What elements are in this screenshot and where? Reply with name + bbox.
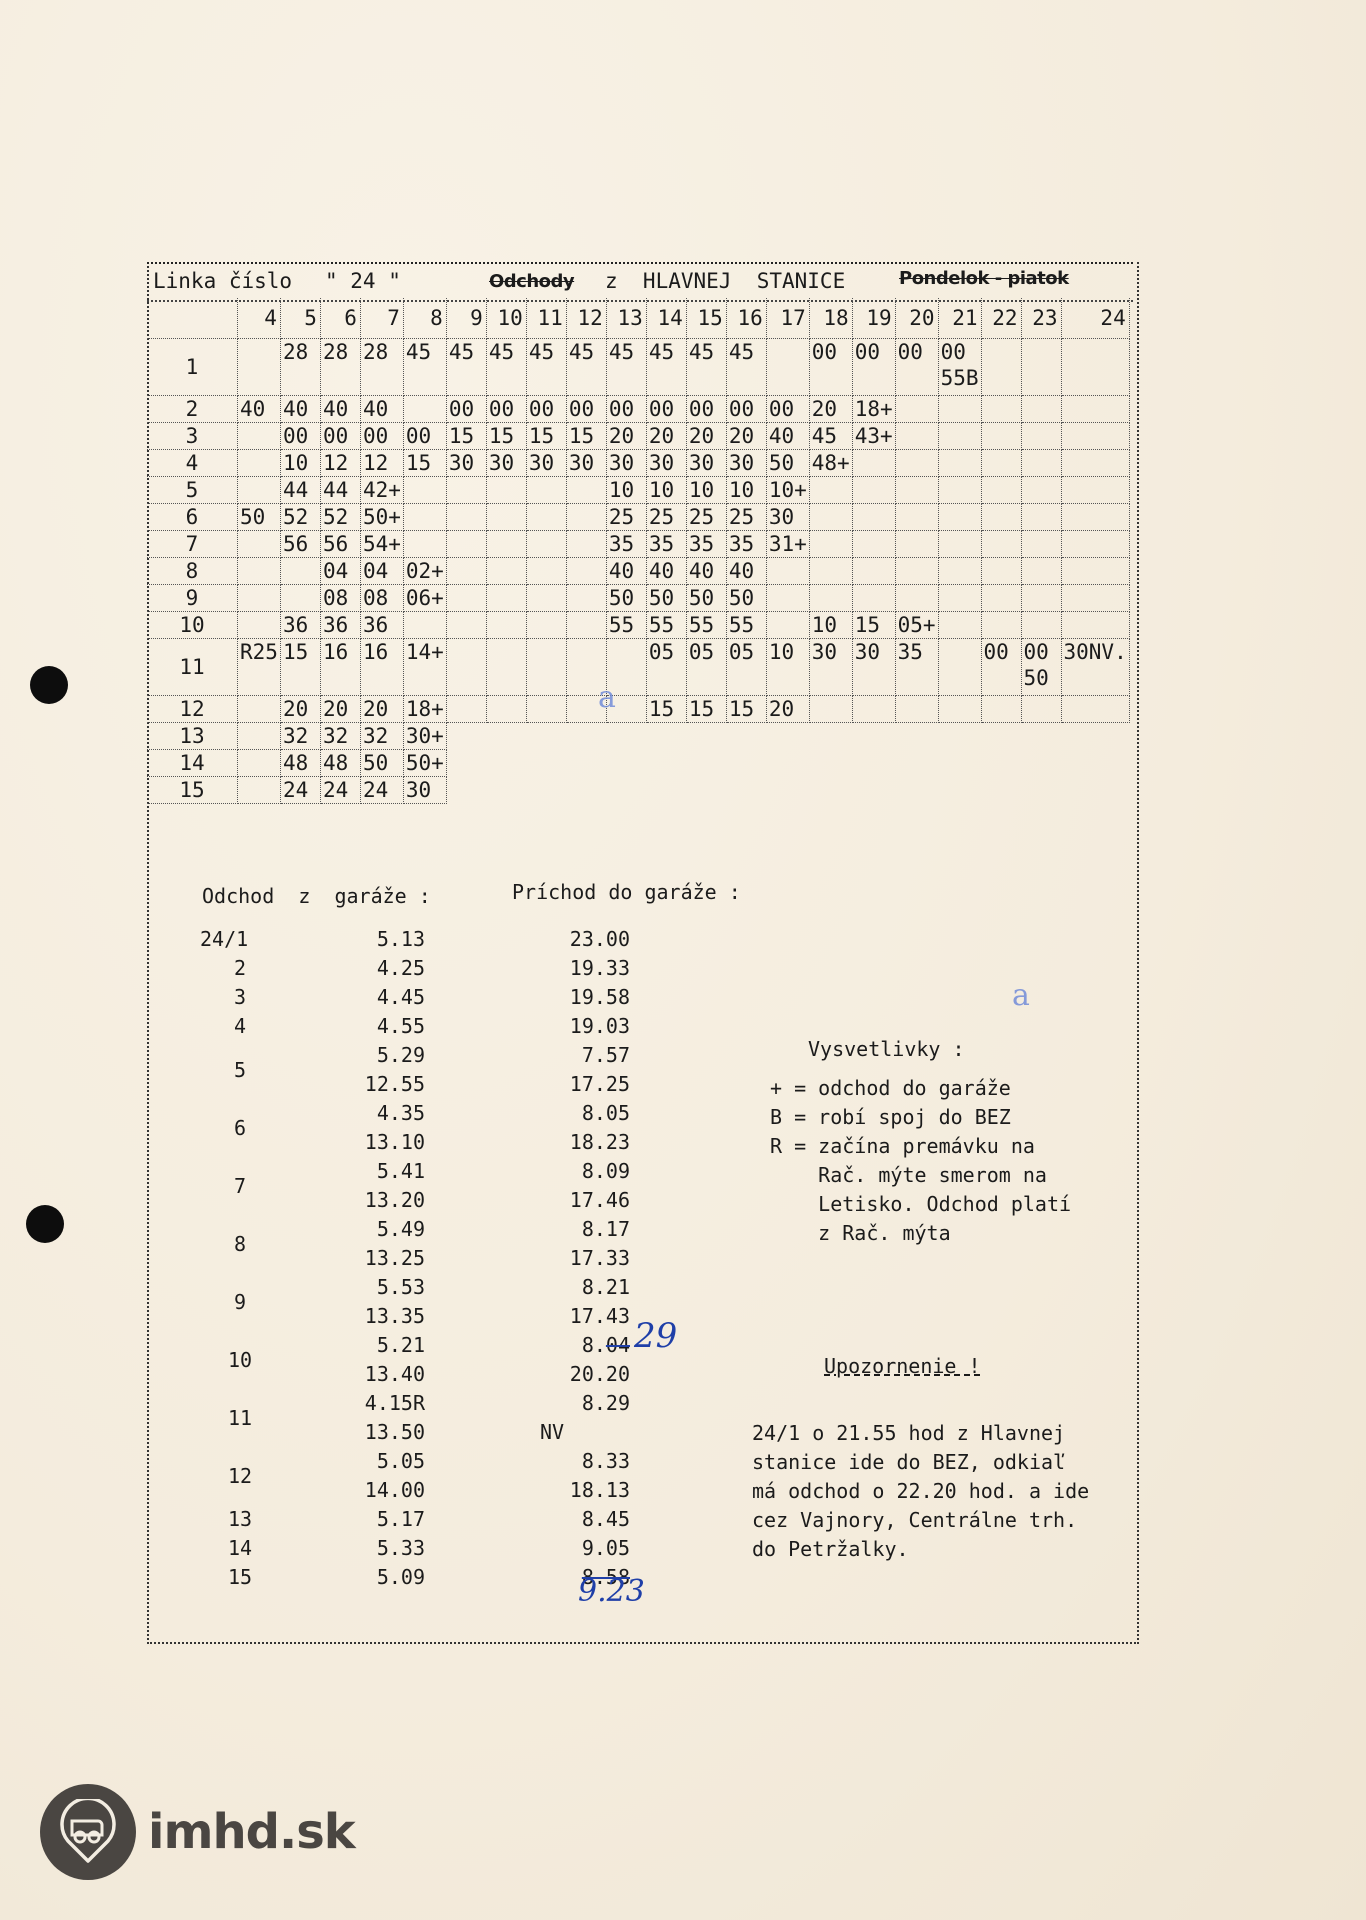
departure-cell: 16 bbox=[320, 639, 360, 696]
departure-time: 13.25 bbox=[315, 1244, 425, 1273]
departure-cell bbox=[446, 477, 486, 504]
departure-cell bbox=[766, 585, 809, 612]
departure-cell: 45 bbox=[606, 339, 646, 396]
departure-cell bbox=[566, 558, 606, 585]
departure-cell bbox=[726, 723, 766, 750]
departure-cell: 48 bbox=[320, 750, 360, 777]
run-number: 4 bbox=[147, 450, 238, 477]
hour-header: 18 bbox=[809, 298, 852, 339]
departure-cell bbox=[895, 504, 938, 531]
departure-cell bbox=[809, 750, 852, 777]
departure-cell: 25 bbox=[606, 504, 646, 531]
departure-cell bbox=[446, 639, 486, 696]
departure-cell: 48+ bbox=[809, 450, 852, 477]
run-number: 2 bbox=[147, 396, 238, 423]
departure-cell bbox=[1061, 531, 1129, 558]
departure-cell bbox=[646, 750, 686, 777]
departure-cell bbox=[766, 750, 809, 777]
departure-cell: 35 bbox=[726, 531, 766, 558]
legend-line: Rač. mýte smerom na bbox=[770, 1161, 1071, 1190]
departure-time: 13.40 bbox=[315, 1360, 425, 1389]
hour-header: 21 bbox=[938, 298, 981, 339]
departure-cell: 00 bbox=[852, 339, 895, 396]
departure-cell: 12 bbox=[360, 450, 403, 477]
departure-cell bbox=[1061, 558, 1129, 585]
departure-cell: 15 bbox=[280, 639, 320, 696]
departure-cell: 06+ bbox=[403, 585, 446, 612]
departure-cell: 24 bbox=[360, 777, 403, 804]
departure-cell: 30 bbox=[486, 450, 526, 477]
departure-cell bbox=[938, 696, 981, 723]
departure-cell: R25 bbox=[238, 639, 281, 696]
departure-cell bbox=[938, 558, 981, 585]
departure-cell: 30 bbox=[766, 504, 809, 531]
hour-header: 16 bbox=[726, 298, 766, 339]
departure-cell bbox=[446, 504, 486, 531]
departure-cell: 30 bbox=[403, 777, 446, 804]
departure-cell bbox=[1061, 612, 1129, 639]
arrival-time: 17.33 bbox=[540, 1244, 630, 1273]
departure-cell: 00 bbox=[646, 396, 686, 423]
departure-cell: 30NV. bbox=[1061, 639, 1129, 696]
departure-cell bbox=[809, 477, 852, 504]
departure-cell bbox=[238, 531, 281, 558]
legend-line: Letisko. Odchod platí bbox=[770, 1190, 1071, 1219]
run-number: 1 bbox=[147, 339, 238, 396]
departure-cell: 40 bbox=[686, 558, 726, 585]
departure-cell: 00 bbox=[606, 396, 646, 423]
hour-header: 12 bbox=[566, 298, 606, 339]
departure-cell bbox=[895, 723, 938, 750]
departure-cell: 00 bbox=[403, 423, 446, 450]
garage-run: 11 bbox=[200, 1389, 280, 1447]
departure-cell: 24 bbox=[280, 777, 320, 804]
notice: Upozornenie ! 24/1 o 21.55 hod z Hlavnej… bbox=[752, 1352, 1089, 1564]
hour-header: 19 bbox=[852, 298, 895, 339]
garage-run: 14 bbox=[200, 1534, 280, 1563]
departure-cell: 10+ bbox=[766, 477, 809, 504]
departure-cell: 25 bbox=[646, 504, 686, 531]
departure-cell: 35 bbox=[686, 531, 726, 558]
departure-cell bbox=[852, 450, 895, 477]
departure-cell bbox=[566, 531, 606, 558]
departure-cell: 15 bbox=[686, 696, 726, 723]
departure-cell: 35 bbox=[606, 531, 646, 558]
departure-cell bbox=[526, 558, 566, 585]
departure-cell: 15 bbox=[566, 423, 606, 450]
garage-run: 6 bbox=[200, 1099, 280, 1157]
departure-cell: 20 bbox=[280, 696, 320, 723]
arrival-time: 17.25 bbox=[540, 1070, 630, 1099]
departure-cell: 42+ bbox=[360, 477, 403, 504]
imhd-logo[interactable]: imhd.sk bbox=[40, 1784, 355, 1880]
garage-run: 15 bbox=[200, 1563, 280, 1592]
departure-cell bbox=[1061, 450, 1129, 477]
departure-cell bbox=[852, 696, 895, 723]
departure-cell: 43+ bbox=[852, 423, 895, 450]
hour-header: 10 bbox=[486, 298, 526, 339]
departure-time: 4.35 bbox=[315, 1099, 425, 1128]
arrival-time: 8.09 bbox=[540, 1157, 630, 1186]
arrival-time: 8.04 bbox=[540, 1331, 630, 1360]
run-number: 13 bbox=[147, 723, 238, 750]
departure-time: 5.41 bbox=[315, 1157, 425, 1186]
departure-cell: 40 bbox=[238, 396, 281, 423]
departure-cell: 40 bbox=[726, 558, 766, 585]
departure-cell bbox=[1061, 585, 1129, 612]
departure-cell bbox=[981, 450, 1021, 477]
departure-cell: 50+ bbox=[403, 750, 446, 777]
departure-cell: 45 bbox=[726, 339, 766, 396]
departure-cell bbox=[895, 531, 938, 558]
departure-cell bbox=[403, 504, 446, 531]
departure-cell bbox=[526, 777, 566, 804]
departure-cell bbox=[238, 477, 281, 504]
departure-time: 5.29 bbox=[315, 1041, 425, 1070]
departure-time: 4.25 bbox=[315, 954, 425, 983]
departure-cell: 28 bbox=[280, 339, 320, 396]
departure-cell bbox=[852, 585, 895, 612]
departure-cell bbox=[852, 477, 895, 504]
hour-header: 4 bbox=[238, 298, 281, 339]
departure-cell: 30 bbox=[852, 639, 895, 696]
departure-cell bbox=[566, 612, 606, 639]
departure-cell bbox=[238, 750, 281, 777]
logo-badge bbox=[40, 1784, 136, 1880]
departure-cell: 30 bbox=[606, 450, 646, 477]
departure-cell: 10 bbox=[686, 477, 726, 504]
departure-cell: 40 bbox=[646, 558, 686, 585]
timetable-row: 1220202018+15151520 bbox=[147, 696, 1129, 723]
departure-cell: 50 bbox=[360, 750, 403, 777]
departure-time: 5.05 bbox=[315, 1447, 425, 1476]
departure-cell: 05 bbox=[646, 639, 686, 696]
departure-cell bbox=[566, 777, 606, 804]
punch-hole-bottom bbox=[26, 1205, 64, 1243]
departure-cell bbox=[895, 558, 938, 585]
departure-cell bbox=[1021, 723, 1061, 750]
departure-cell bbox=[403, 396, 446, 423]
departure-cell: 40 bbox=[280, 396, 320, 423]
departure-cell bbox=[486, 696, 526, 723]
departure-cell: 44 bbox=[320, 477, 360, 504]
departure-cell bbox=[1021, 450, 1061, 477]
notice-line: cez Vajnory, Centrálne trh. bbox=[752, 1506, 1089, 1535]
departure-cell bbox=[486, 477, 526, 504]
departure-cell bbox=[526, 723, 566, 750]
departure-cell: 30 bbox=[809, 639, 852, 696]
departure-cell: 54+ bbox=[360, 531, 403, 558]
departure-cell bbox=[981, 423, 1021, 450]
arrival-time: 8.29 bbox=[540, 1389, 630, 1418]
arrival-time: 19.03 bbox=[540, 1012, 630, 1041]
arrival-time: 8.17 bbox=[540, 1215, 630, 1244]
departure-cell: 00 bbox=[526, 396, 566, 423]
departure-cell bbox=[895, 585, 938, 612]
departure-time: 5.49 bbox=[315, 1215, 425, 1244]
departure-cell bbox=[1061, 723, 1129, 750]
departure-cell bbox=[938, 531, 981, 558]
departure-cell bbox=[1061, 396, 1129, 423]
departure-cell: 10 bbox=[809, 612, 852, 639]
hour-header: 5 bbox=[280, 298, 320, 339]
departure-cell: 05 bbox=[686, 639, 726, 696]
legend-line: R = začína premávku na bbox=[770, 1132, 1071, 1161]
notice-line: 24/1 o 21.55 hod z Hlavnej bbox=[752, 1419, 1089, 1448]
departure-cell bbox=[526, 531, 566, 558]
departure-time: 5.13 bbox=[315, 925, 425, 954]
departure-cell bbox=[852, 504, 895, 531]
departure-cell: 50 bbox=[606, 585, 646, 612]
timetable-row: 650525250+2525252530 bbox=[147, 504, 1129, 531]
departure-cell bbox=[809, 558, 852, 585]
departure-time: 5.17 bbox=[315, 1505, 425, 1534]
departure-cell bbox=[238, 339, 281, 396]
departure-cell: 08 bbox=[320, 585, 360, 612]
departure-cell bbox=[852, 531, 895, 558]
departure-cell bbox=[1021, 696, 1061, 723]
departure-cell: 32 bbox=[360, 723, 403, 750]
departure-cell bbox=[938, 477, 981, 504]
arrival-time: 18.13 bbox=[540, 1476, 630, 1505]
garage-run-column: 24/123456789101112131415 bbox=[200, 925, 280, 1592]
garage-run: 4 bbox=[200, 1012, 280, 1041]
departure-cell bbox=[938, 396, 981, 423]
timetable-row: 1036363655555555101505+ bbox=[147, 612, 1129, 639]
garage-departure-column: 5.134.254.454.555.2912.554.3513.105.4113… bbox=[315, 925, 425, 1592]
departure-cell: 15 bbox=[446, 423, 486, 450]
run-number: 3 bbox=[147, 423, 238, 450]
departure-cell bbox=[766, 612, 809, 639]
timetable-row: 11R2515161614+0505051030303500005030NV. bbox=[147, 639, 1129, 696]
departure-cell bbox=[1021, 477, 1061, 504]
departure-cell: 50+ bbox=[360, 504, 403, 531]
departure-cell: 52 bbox=[280, 504, 320, 531]
departure-cell: 50 bbox=[238, 504, 281, 531]
departure-cell bbox=[403, 477, 446, 504]
run-number: 7 bbox=[147, 531, 238, 558]
departure-cell: 52 bbox=[320, 504, 360, 531]
departure-cell bbox=[852, 723, 895, 750]
departure-cell bbox=[1021, 339, 1061, 396]
departure-cell bbox=[895, 696, 938, 723]
departure-cell bbox=[606, 723, 646, 750]
departure-cell: 20 bbox=[606, 423, 646, 450]
departure-cell: 30+ bbox=[403, 723, 446, 750]
departure-cell bbox=[686, 723, 726, 750]
departure-cell bbox=[526, 504, 566, 531]
departure-cell: 00 bbox=[360, 423, 403, 450]
departure-cell: 00 bbox=[280, 423, 320, 450]
departure-cell bbox=[766, 723, 809, 750]
departure-cell: 45 bbox=[526, 339, 566, 396]
departure-cell: 31+ bbox=[766, 531, 809, 558]
departure-cell bbox=[238, 612, 281, 639]
departure-cell bbox=[1061, 777, 1129, 804]
departure-time: 5.21 bbox=[315, 1331, 425, 1360]
departure-cell: 0050 bbox=[1021, 639, 1061, 696]
departure-time: 5.09 bbox=[315, 1563, 425, 1592]
departure-cell bbox=[938, 777, 981, 804]
legend-line: z Rač. mýta bbox=[770, 1219, 1071, 1248]
departure-cell: 00 bbox=[809, 339, 852, 396]
departure-cell bbox=[238, 585, 281, 612]
departure-cell bbox=[526, 639, 566, 696]
departure-cell bbox=[526, 696, 566, 723]
departure-cell: 20 bbox=[726, 423, 766, 450]
departure-cell: 40 bbox=[766, 423, 809, 450]
departure-cell: 15 bbox=[526, 423, 566, 450]
departure-cell bbox=[1021, 423, 1061, 450]
departure-cell bbox=[981, 750, 1021, 777]
departure-cell: 45 bbox=[403, 339, 446, 396]
departure-cell bbox=[981, 339, 1021, 396]
departure-cell bbox=[566, 477, 606, 504]
departure-cell bbox=[895, 396, 938, 423]
departure-cell: 15 bbox=[646, 696, 686, 723]
departure-cell bbox=[446, 612, 486, 639]
run-number: 14 bbox=[147, 750, 238, 777]
logo-text: imhd.sk bbox=[148, 1804, 355, 1860]
departure-cell: 28 bbox=[320, 339, 360, 396]
departure-cell: 20 bbox=[766, 696, 809, 723]
departure-cell: 04 bbox=[320, 558, 360, 585]
departure-cell bbox=[526, 585, 566, 612]
departure-cell: 35 bbox=[895, 639, 938, 696]
departure-cell bbox=[766, 339, 809, 396]
hour-header: 15 bbox=[686, 298, 726, 339]
arrival-time: 7.57 bbox=[540, 1041, 630, 1070]
departure-cell: 20 bbox=[809, 396, 852, 423]
garage-run: 2 bbox=[200, 954, 280, 983]
legend: Vysvetlivky : + = odchod do garážeB = ro… bbox=[770, 1035, 1071, 1248]
departure-cell: 40 bbox=[606, 558, 646, 585]
departure-cell: 10 bbox=[646, 477, 686, 504]
departure-cell bbox=[486, 723, 526, 750]
run-number: 8 bbox=[147, 558, 238, 585]
departure-cell: 25 bbox=[726, 504, 766, 531]
departure-cell bbox=[1061, 696, 1129, 723]
blue-ink-mark: a bbox=[1012, 978, 1030, 1013]
run-number: 9 bbox=[147, 585, 238, 612]
document-header: Linka číslo " 24 " Odchody z HLAVNEJ STA… bbox=[147, 262, 1133, 302]
departure-cell: 56 bbox=[320, 531, 360, 558]
departure-cell: 32 bbox=[320, 723, 360, 750]
departure-cell: 45 bbox=[566, 339, 606, 396]
departure-cell: 04 bbox=[360, 558, 403, 585]
timetable-row: 1332323230+ bbox=[147, 723, 1129, 750]
departure-time: 4.15R bbox=[315, 1389, 425, 1418]
departure-cell: 30 bbox=[646, 450, 686, 477]
departure-cell bbox=[526, 750, 566, 777]
departure-cell bbox=[981, 696, 1021, 723]
departure-cell bbox=[606, 750, 646, 777]
departure-cell bbox=[1021, 531, 1061, 558]
garage-run: 8 bbox=[200, 1215, 280, 1273]
corner-cell bbox=[147, 298, 238, 339]
departure-time: 13.10 bbox=[315, 1128, 425, 1157]
departure-time: 12.55 bbox=[315, 1070, 425, 1099]
hour-header: 14 bbox=[646, 298, 686, 339]
departure-time: 13.35 bbox=[315, 1302, 425, 1331]
hour-header: 13 bbox=[606, 298, 646, 339]
departure-cell bbox=[1021, 504, 1061, 531]
departure-cell bbox=[981, 585, 1021, 612]
departure-cell bbox=[938, 504, 981, 531]
departure-cell: 45 bbox=[486, 339, 526, 396]
days-label: Pondelok - piatok bbox=[899, 268, 1069, 289]
hour-header: 9 bbox=[446, 298, 486, 339]
departure-cell: 12 bbox=[320, 450, 360, 477]
departure-cell bbox=[895, 450, 938, 477]
departure-cell: 48 bbox=[280, 750, 320, 777]
departure-cell bbox=[566, 750, 606, 777]
departure-cell: 40 bbox=[360, 396, 403, 423]
departure-cell: 10 bbox=[606, 477, 646, 504]
run-number: 5 bbox=[147, 477, 238, 504]
departure-time: 13.20 bbox=[315, 1186, 425, 1215]
departure-cell bbox=[280, 585, 320, 612]
departure-cell: 15 bbox=[403, 450, 446, 477]
timetable-row: 1524242430 bbox=[147, 777, 1129, 804]
timetable-row: 41012121530303030303030305048+ bbox=[147, 450, 1129, 477]
departure-cell: 0055B bbox=[938, 339, 981, 396]
departure-cell bbox=[1021, 612, 1061, 639]
hour-header: 6 bbox=[320, 298, 360, 339]
departure-cell bbox=[766, 558, 809, 585]
departure-cell bbox=[1061, 477, 1129, 504]
departure-time: 4.55 bbox=[315, 1012, 425, 1041]
departure-cell bbox=[686, 750, 726, 777]
departure-time: 5.53 bbox=[315, 1273, 425, 1302]
garage-run: 5 bbox=[200, 1041, 280, 1099]
departure-cell bbox=[809, 504, 852, 531]
garage-run: 3 bbox=[200, 983, 280, 1012]
departure-cell bbox=[486, 558, 526, 585]
departure-cell bbox=[486, 612, 526, 639]
departure-cell bbox=[938, 585, 981, 612]
departure-cell: 18+ bbox=[403, 696, 446, 723]
departure-cell bbox=[981, 396, 1021, 423]
departure-cell: 55 bbox=[726, 612, 766, 639]
line-label: Linka číslo bbox=[153, 269, 292, 293]
run-number: 11 bbox=[147, 639, 238, 696]
blue-ink-mark: a bbox=[598, 680, 616, 715]
run-number: 15 bbox=[147, 777, 238, 804]
run-number: 6 bbox=[147, 504, 238, 531]
legend-line: + = odchod do garáže bbox=[770, 1074, 1071, 1103]
departure-cell bbox=[526, 477, 566, 504]
departure-cell bbox=[446, 723, 486, 750]
departure-cell: 14+ bbox=[403, 639, 446, 696]
departure-cell bbox=[1021, 750, 1061, 777]
departure-cell: 45 bbox=[446, 339, 486, 396]
departure-cell bbox=[566, 585, 606, 612]
departure-cell: 25 bbox=[686, 504, 726, 531]
departure-cell bbox=[486, 504, 526, 531]
arrival-time: 18.23 bbox=[540, 1128, 630, 1157]
punch-hole-top bbox=[30, 666, 68, 704]
hour-header: 23 bbox=[1021, 298, 1061, 339]
departure-cell: 36 bbox=[280, 612, 320, 639]
departure-time: 4.45 bbox=[315, 983, 425, 1012]
departure-cell bbox=[895, 477, 938, 504]
departure-cell bbox=[486, 639, 526, 696]
departure-cell bbox=[981, 612, 1021, 639]
departure-cell bbox=[809, 696, 852, 723]
departure-cell: 00 bbox=[766, 396, 809, 423]
hour-header: 7 bbox=[360, 298, 403, 339]
